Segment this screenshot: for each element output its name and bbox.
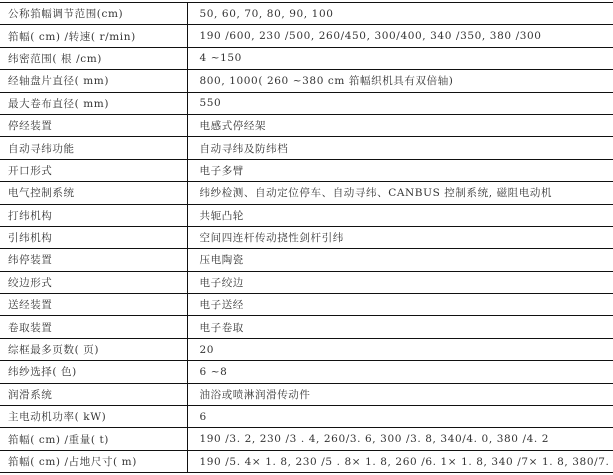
table-row: 主电动机功率( kW)6	[0, 406, 613, 428]
value-cell: 190 /3. 2, 230 /3 . 4, 260/3. 6, 300 /3.…	[187, 428, 613, 450]
table-row: 停经装置电感式停经架	[0, 114, 613, 136]
table-row: 绞边形式电子绞边	[0, 271, 613, 293]
param-cell: 打纬机构	[0, 204, 187, 226]
value-cell: 空间四连杆传动挠性剑杆引纬	[187, 226, 613, 248]
param-cell: 纬停装置	[0, 249, 187, 271]
param-cell: 卷取装置	[0, 316, 187, 338]
table-row: 开口形式电子多臂	[0, 159, 613, 181]
param-cell: 润滑系统	[0, 383, 187, 405]
param-cell: 引纬机构	[0, 226, 187, 248]
table-row: 筘幅( cm) /转速( r/min)190 /600, 230 /500, 2…	[0, 25, 613, 47]
table-row: 润滑系统油浴或喷淋润滑传动件	[0, 383, 613, 405]
param-cell: 纬纱选择( 色)	[0, 361, 187, 383]
table-row: 最大卷布直径( mm)550	[0, 92, 613, 114]
table-row: 公称筘幅调节范围(cm)50, 60, 70, 80, 90, 100	[0, 3, 613, 25]
value-cell: 油浴或喷淋润滑传动件	[187, 383, 613, 405]
value-cell: 电感式停经架	[187, 114, 613, 136]
value-cell: 190 /5. 4× 1. 8, 230 /5 . 8× 1. 8, 260 /…	[187, 450, 613, 472]
value-cell: 共轭凸轮	[187, 204, 613, 226]
table-row: 自动寻纬功能自动寻纬及防纬档	[0, 137, 613, 159]
value-cell: 6	[187, 406, 613, 428]
value-cell: 550	[187, 92, 613, 114]
spec-table-body: 公称筘幅调节范围(cm)50, 60, 70, 80, 90, 100筘幅( c…	[0, 3, 613, 473]
value-cell: 20	[187, 338, 613, 360]
param-cell: 筘幅( cm) /重量( t)	[0, 428, 187, 450]
value-cell: 190 /600, 230 /500, 260/450, 300/400, 34…	[187, 25, 613, 47]
table-row: 引纬机构空间四连杆传动挠性剑杆引纬	[0, 226, 613, 248]
table-row: 筘幅( cm) /占地尺寸( m)190 /5. 4× 1. 8, 230 /5…	[0, 450, 613, 472]
table-row: 卷取装置电子卷取	[0, 316, 613, 338]
param-cell: 综框最多页数( 页)	[0, 338, 187, 360]
param-cell: 主电动机功率( kW)	[0, 406, 187, 428]
table-row: 纬停装置压电陶瓷	[0, 249, 613, 271]
value-cell: 纬纱检测、自动定位停车、自动寻纬、CANBUS 控制系统, 磁阻电动机	[187, 182, 613, 204]
table-row: 筘幅( cm) /重量( t)190 /3. 2, 230 /3 . 4, 26…	[0, 428, 613, 450]
value-cell: 4 ~150	[187, 47, 613, 69]
param-cell: 筘幅( cm) /转速( r/min)	[0, 25, 187, 47]
param-cell: 纬密范围( 根 /cm)	[0, 47, 187, 69]
value-cell: 电子多臂	[187, 159, 613, 181]
param-cell: 送经装置	[0, 294, 187, 316]
value-cell: 50, 60, 70, 80, 90, 100	[187, 3, 613, 25]
table-row: 送经装置电子送经	[0, 294, 613, 316]
table-row: 纬纱选择( 色)6 ~8	[0, 361, 613, 383]
value-cell: 自动寻纬及防纬档	[187, 137, 613, 159]
table-row: 经轴盘片直径( mm)800, 1000( 260 ~380 cm 筘幅织机具有…	[0, 70, 613, 92]
value-cell: 电子送经	[187, 294, 613, 316]
param-cell: 停经装置	[0, 114, 187, 136]
table-row: 综框最多页数( 页)20	[0, 338, 613, 360]
param-cell: 电气控制系统	[0, 182, 187, 204]
value-cell: 电子绞边	[187, 271, 613, 293]
param-cell: 绞边形式	[0, 271, 187, 293]
value-cell: 800, 1000( 260 ~380 cm 筘幅织机具有双倍轴)	[187, 70, 613, 92]
param-cell: 自动寻纬功能	[0, 137, 187, 159]
value-cell: 电子卷取	[187, 316, 613, 338]
param-cell: 公称筘幅调节范围(cm)	[0, 3, 187, 25]
param-cell: 最大卷布直径( mm)	[0, 92, 187, 114]
table-row: 纬密范围( 根 /cm)4 ~150	[0, 47, 613, 69]
table-row: 电气控制系统纬纱检测、自动定位停车、自动寻纬、CANBUS 控制系统, 磁阻电动…	[0, 182, 613, 204]
param-cell: 经轴盘片直径( mm)	[0, 70, 187, 92]
value-cell: 压电陶瓷	[187, 249, 613, 271]
table-row: 打纬机构共轭凸轮	[0, 204, 613, 226]
param-cell: 开口形式	[0, 159, 187, 181]
spec-table: 公称筘幅调节范围(cm)50, 60, 70, 80, 90, 100筘幅( c…	[0, 2, 613, 473]
value-cell: 6 ~8	[187, 361, 613, 383]
param-cell: 筘幅( cm) /占地尺寸( m)	[0, 450, 187, 472]
